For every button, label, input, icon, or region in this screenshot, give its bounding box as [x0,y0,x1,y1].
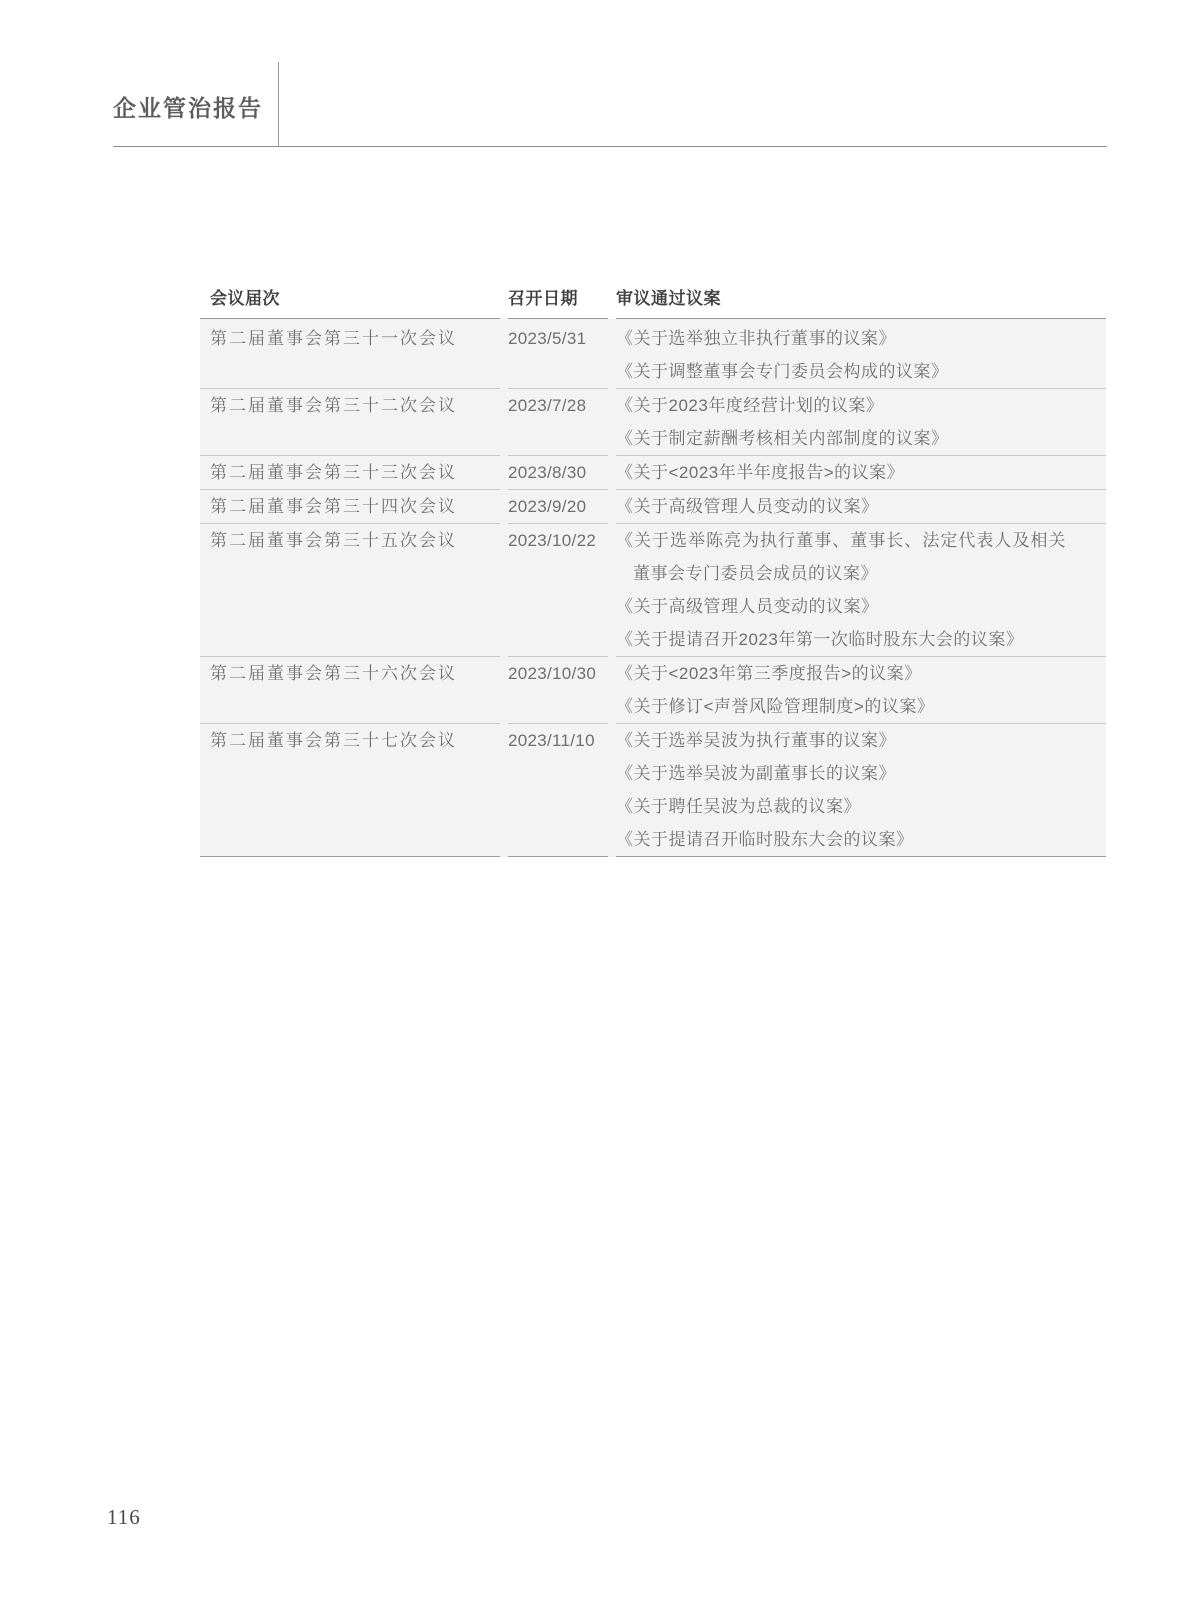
proposal-item: 《关于<2023年第三季度报告>的议案》 [616,657,1066,690]
proposal-item: 《关于高级管理人员变动的议案》 [616,490,1066,523]
meeting-session: 第二届董事会第三十四次会议 [200,490,500,524]
column-header-meeting-session: 会议届次 [200,277,500,319]
meeting-date: 2023/10/30 [508,657,608,724]
header-vertical-divider [278,62,279,147]
meeting-date: 2023/5/31 [508,319,608,389]
table-row: 第二届董事会第三十五次会议2023/10/22《关于选举陈亮为执行董事、董事长、… [200,524,1106,657]
proposal-item: 《关于修订<声誉风险管理制度>的议案》 [616,690,1066,723]
table-row: 第二届董事会第三十四次会议2023/9/20《关于高级管理人员变动的议案》 [200,490,1106,524]
proposal-list: 《关于<2023年第三季度报告>的议案》《关于修订<声誉风险管理制度>的议案》 [616,657,1106,724]
meeting-date: 2023/10/22 [508,524,608,657]
table-row: 第二届董事会第三十七次会议2023/11/10《关于选举吴波为执行董事的议案》《… [200,724,1106,857]
page-title: 企业管治报告 [113,90,263,123]
meeting-session: 第二届董事会第三十七次会议 [200,724,500,857]
page-number: 116 [107,1505,141,1530]
proposal-item: 《关于选举陈亮为执行董事、董事长、法定代表人及相关董事会专门委员会成员的议案》 [616,524,1066,590]
meeting-session: 第二届董事会第三十三次会议 [200,456,500,490]
proposal-item: 《关于制定薪酬考核相关内部制度的议案》 [616,422,1066,455]
header-horizontal-rule [113,146,1107,147]
table-header-row: 会议届次 召开日期 审议通过议案 [200,277,1106,319]
column-header-resolutions-passed: 审议通过议案 [616,277,1106,319]
proposal-item: 《关于调整董事会专门委员会构成的议案》 [616,355,1066,388]
proposal-item: 《关于选举独立非执行董事的议案》 [616,322,1066,355]
table-row: 第二届董事会第三十二次会议2023/7/28《关于2023年度经营计划的议案》《… [200,389,1106,456]
meeting-date: 2023/7/28 [508,389,608,456]
meeting-session: 第二届董事会第三十二次会议 [200,389,500,456]
board-meetings-table: 会议届次 召开日期 审议通过议案 第二届董事会第三十一次会议2023/5/31《… [200,277,1106,857]
meeting-session: 第二届董事会第三十六次会议 [200,657,500,724]
proposal-list: 《关于选举独立非执行董事的议案》《关于调整董事会专门委员会构成的议案》 [616,319,1106,389]
proposal-list: 《关于<2023年半年度报告>的议案》 [616,456,1106,490]
table-body: 第二届董事会第三十一次会议2023/5/31《关于选举独立非执行董事的议案》《关… [200,319,1106,857]
meeting-date: 2023/11/10 [508,724,608,857]
proposal-item: 《关于选举吴波为副董事长的议案》 [616,757,1066,790]
table-row: 第二届董事会第三十三次会议2023/8/30《关于<2023年半年度报告>的议案… [200,456,1106,490]
column-header-date-held: 召开日期 [508,277,608,319]
proposal-item: 《关于聘任吴波为总裁的议案》 [616,790,1066,823]
report-page: 企业管治报告 会议届次 召开日期 审议通过议案 第二届董事会第三十一次会议202… [0,0,1190,1615]
proposal-item: 《关于高级管理人员变动的议案》 [616,590,1066,623]
meeting-session: 第二届董事会第三十一次会议 [200,319,500,389]
proposal-list: 《关于2023年度经营计划的议案》《关于制定薪酬考核相关内部制度的议案》 [616,389,1106,456]
table-row: 第二届董事会第三十一次会议2023/5/31《关于选举独立非执行董事的议案》《关… [200,319,1106,389]
meeting-date: 2023/9/20 [508,490,608,524]
proposal-item: 《关于选举吴波为执行董事的议案》 [616,724,1066,757]
proposal-list: 《关于选举陈亮为执行董事、董事长、法定代表人及相关董事会专门委员会成员的议案》《… [616,524,1106,657]
proposal-list: 《关于选举吴波为执行董事的议案》《关于选举吴波为副董事长的议案》《关于聘任吴波为… [616,724,1106,857]
proposal-item: 《关于<2023年半年度报告>的议案》 [616,456,1066,489]
proposal-item: 《关于提请召开临时股东大会的议案》 [616,823,1066,856]
proposal-list: 《关于高级管理人员变动的议案》 [616,490,1106,524]
proposal-item: 《关于提请召开2023年第一次临时股东大会的议案》 [616,623,1066,656]
proposal-item: 《关于2023年度经营计划的议案》 [616,389,1066,422]
table-row: 第二届董事会第三十六次会议2023/10/30《关于<2023年第三季度报告>的… [200,657,1106,724]
meeting-session: 第二届董事会第三十五次会议 [200,524,500,657]
meeting-date: 2023/8/30 [508,456,608,490]
